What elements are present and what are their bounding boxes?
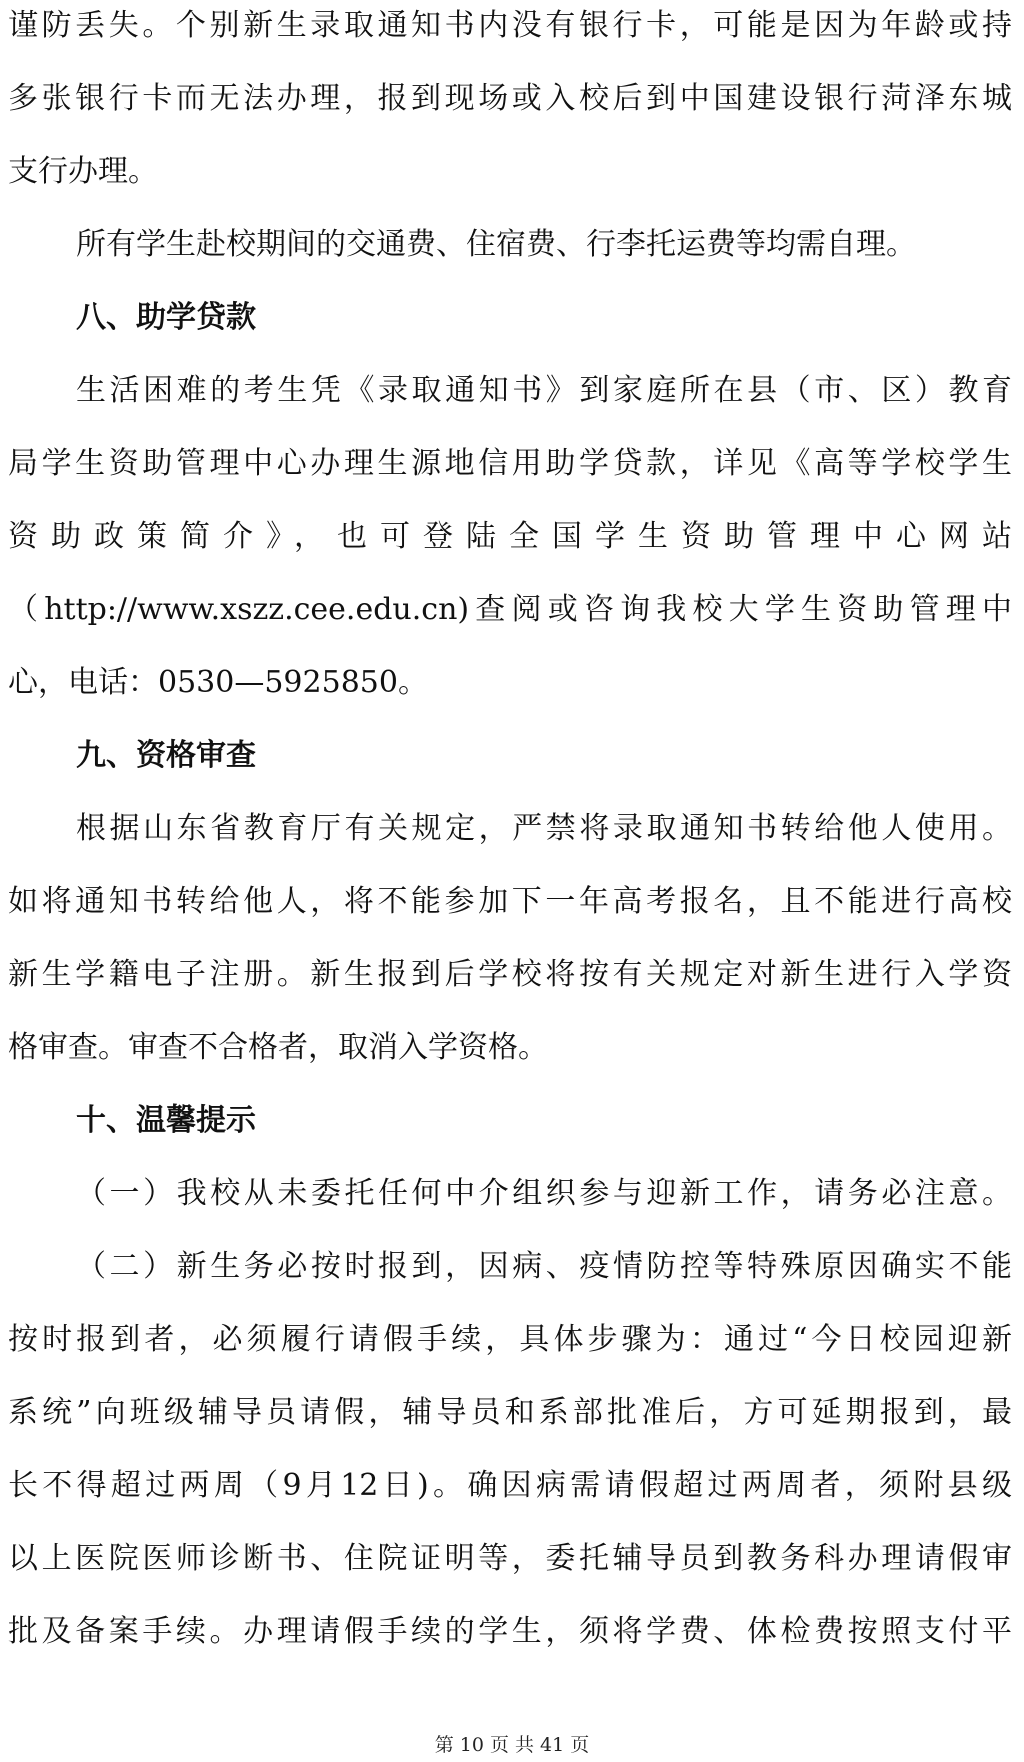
section-heading-tips: 十、温馨提示 — [76, 1097, 256, 1145]
page-number-footer: 第 10 页 共 41 页 — [0, 1733, 1024, 1757]
paragraph-line: 根据山东省教育厅有关规定，严禁将录取通知书转给他人使用。 — [76, 805, 1012, 853]
paragraph-line: 资助政策简介》，也可登陆全国学生资助管理中心网站 — [8, 513, 1012, 561]
paragraph-line: 多张银行卡而无法办理，报到现场或入校后到中国建设银行菏泽东城 — [8, 75, 1012, 123]
paragraph-line: 格审查。审查不合格者，取消入学资格。 — [8, 1024, 548, 1072]
paragraph-line: 支行办理。 — [8, 148, 158, 196]
paragraph-line: 以上医院医师诊断书、住院证明等，委托辅导员到教务科办理请假审 — [8, 1535, 1012, 1583]
paragraph-line: 局学生资助管理中心办理生源地信用助学贷款，详见《高等学校学生 — [8, 440, 1012, 488]
paragraph-line: 所有学生赴校期间的交通费、住宿费、行李托运费等均需自理。 — [76, 221, 916, 269]
paragraph-line: 生活困难的考生凭《录取通知书》到家庭所在县（市、区）教育 — [76, 367, 1012, 415]
section-heading-loans: 八、助学贷款 — [76, 294, 256, 342]
paragraph-line: 如将通知书转给他人，将不能参加下一年高考报名，且不能进行高校 — [8, 878, 1012, 926]
section-heading-qualification: 九、资格审查 — [76, 732, 256, 780]
paragraph-line: 按时报到者，必须履行请假手续，具体步骤为：通过“今日校园迎新 — [8, 1316, 1012, 1364]
tip-item-2: （二）新生务必按时报到，因病、疫情防控等特殊原因确实不能 — [76, 1243, 1012, 1291]
paragraph-line: 系统”向班级辅导员请假，辅导员和系部批准后，方可延期报到，最 — [8, 1389, 1012, 1437]
paragraph-line-url: （http://www.xszz.cee.edu.cn)查阅或咨询我校大学生资助… — [8, 586, 1012, 634]
paragraph-line-phone: 心，电话：0530—5925850。 — [8, 659, 428, 707]
paragraph-line: 长不得超过两周（9月12日)。确因病需请假超过两周者，须附县级 — [8, 1462, 1012, 1510]
tip-item-1: （一）我校从未委托任何中介组织参与迎新工作，请务必注意。 — [76, 1170, 1012, 1218]
paragraph-line: 批及备案手续。办理请假手续的学生，须将学费、体检费按照支付平 — [8, 1608, 1012, 1656]
paragraph-line: 谨防丢失。个别新生录取通知书内没有银行卡，可能是因为年龄或持 — [8, 2, 1012, 50]
paragraph-line: 新生学籍电子注册。新生报到后学校将按有关规定对新生进行入学资 — [8, 951, 1012, 999]
